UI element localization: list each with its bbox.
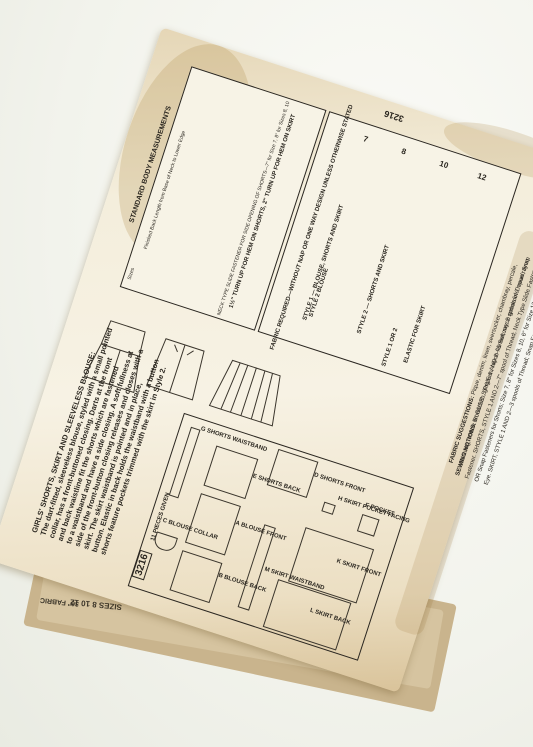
measurement-row: Sizes [125,267,138,282]
piece-skirt-pocket-facing [321,502,336,515]
skirt-sketch [206,353,291,432]
piece-shorts-waistband [169,427,201,499]
size-col: 8 [400,147,407,158]
piece-label-d: D SHORTS FRONT [313,472,366,494]
size-col: 12 [476,171,488,183]
piece-label-g: G SHORTS WAISTBAND [200,426,268,453]
piece-shorts-back [203,446,258,500]
envelope-paper: 3216 STANDARD BODY MEASUREMENTS Sizes Fi… [0,27,533,692]
size-col: 10 [438,159,450,171]
style-1-or-2-label: STYLE 1 OR 2 [379,327,401,368]
size-col: 7 [362,134,369,145]
pattern-number-top: 3216 [383,108,405,124]
pattern-number: 3216 [132,549,153,580]
elastic-label: ELASTIC FOR SKIRT [401,305,429,365]
pattern-envelope: 3216 STANDARD BODY MEASUREMENTS Sizes Fi… [35,60,533,620]
piece-blouse-front [185,493,241,555]
style-2-shorts-label: STYLE 2 — SHORTS AND SKIRT [355,244,393,335]
style-1-label: STYLE 1 — BLOUSE, SHORTS AND SKIRT [300,204,347,322]
piece-blouse-collar [152,531,178,553]
piece-blouse-back [169,550,222,603]
piece-shorts-front [267,449,319,498]
piece-pocket [357,514,380,537]
